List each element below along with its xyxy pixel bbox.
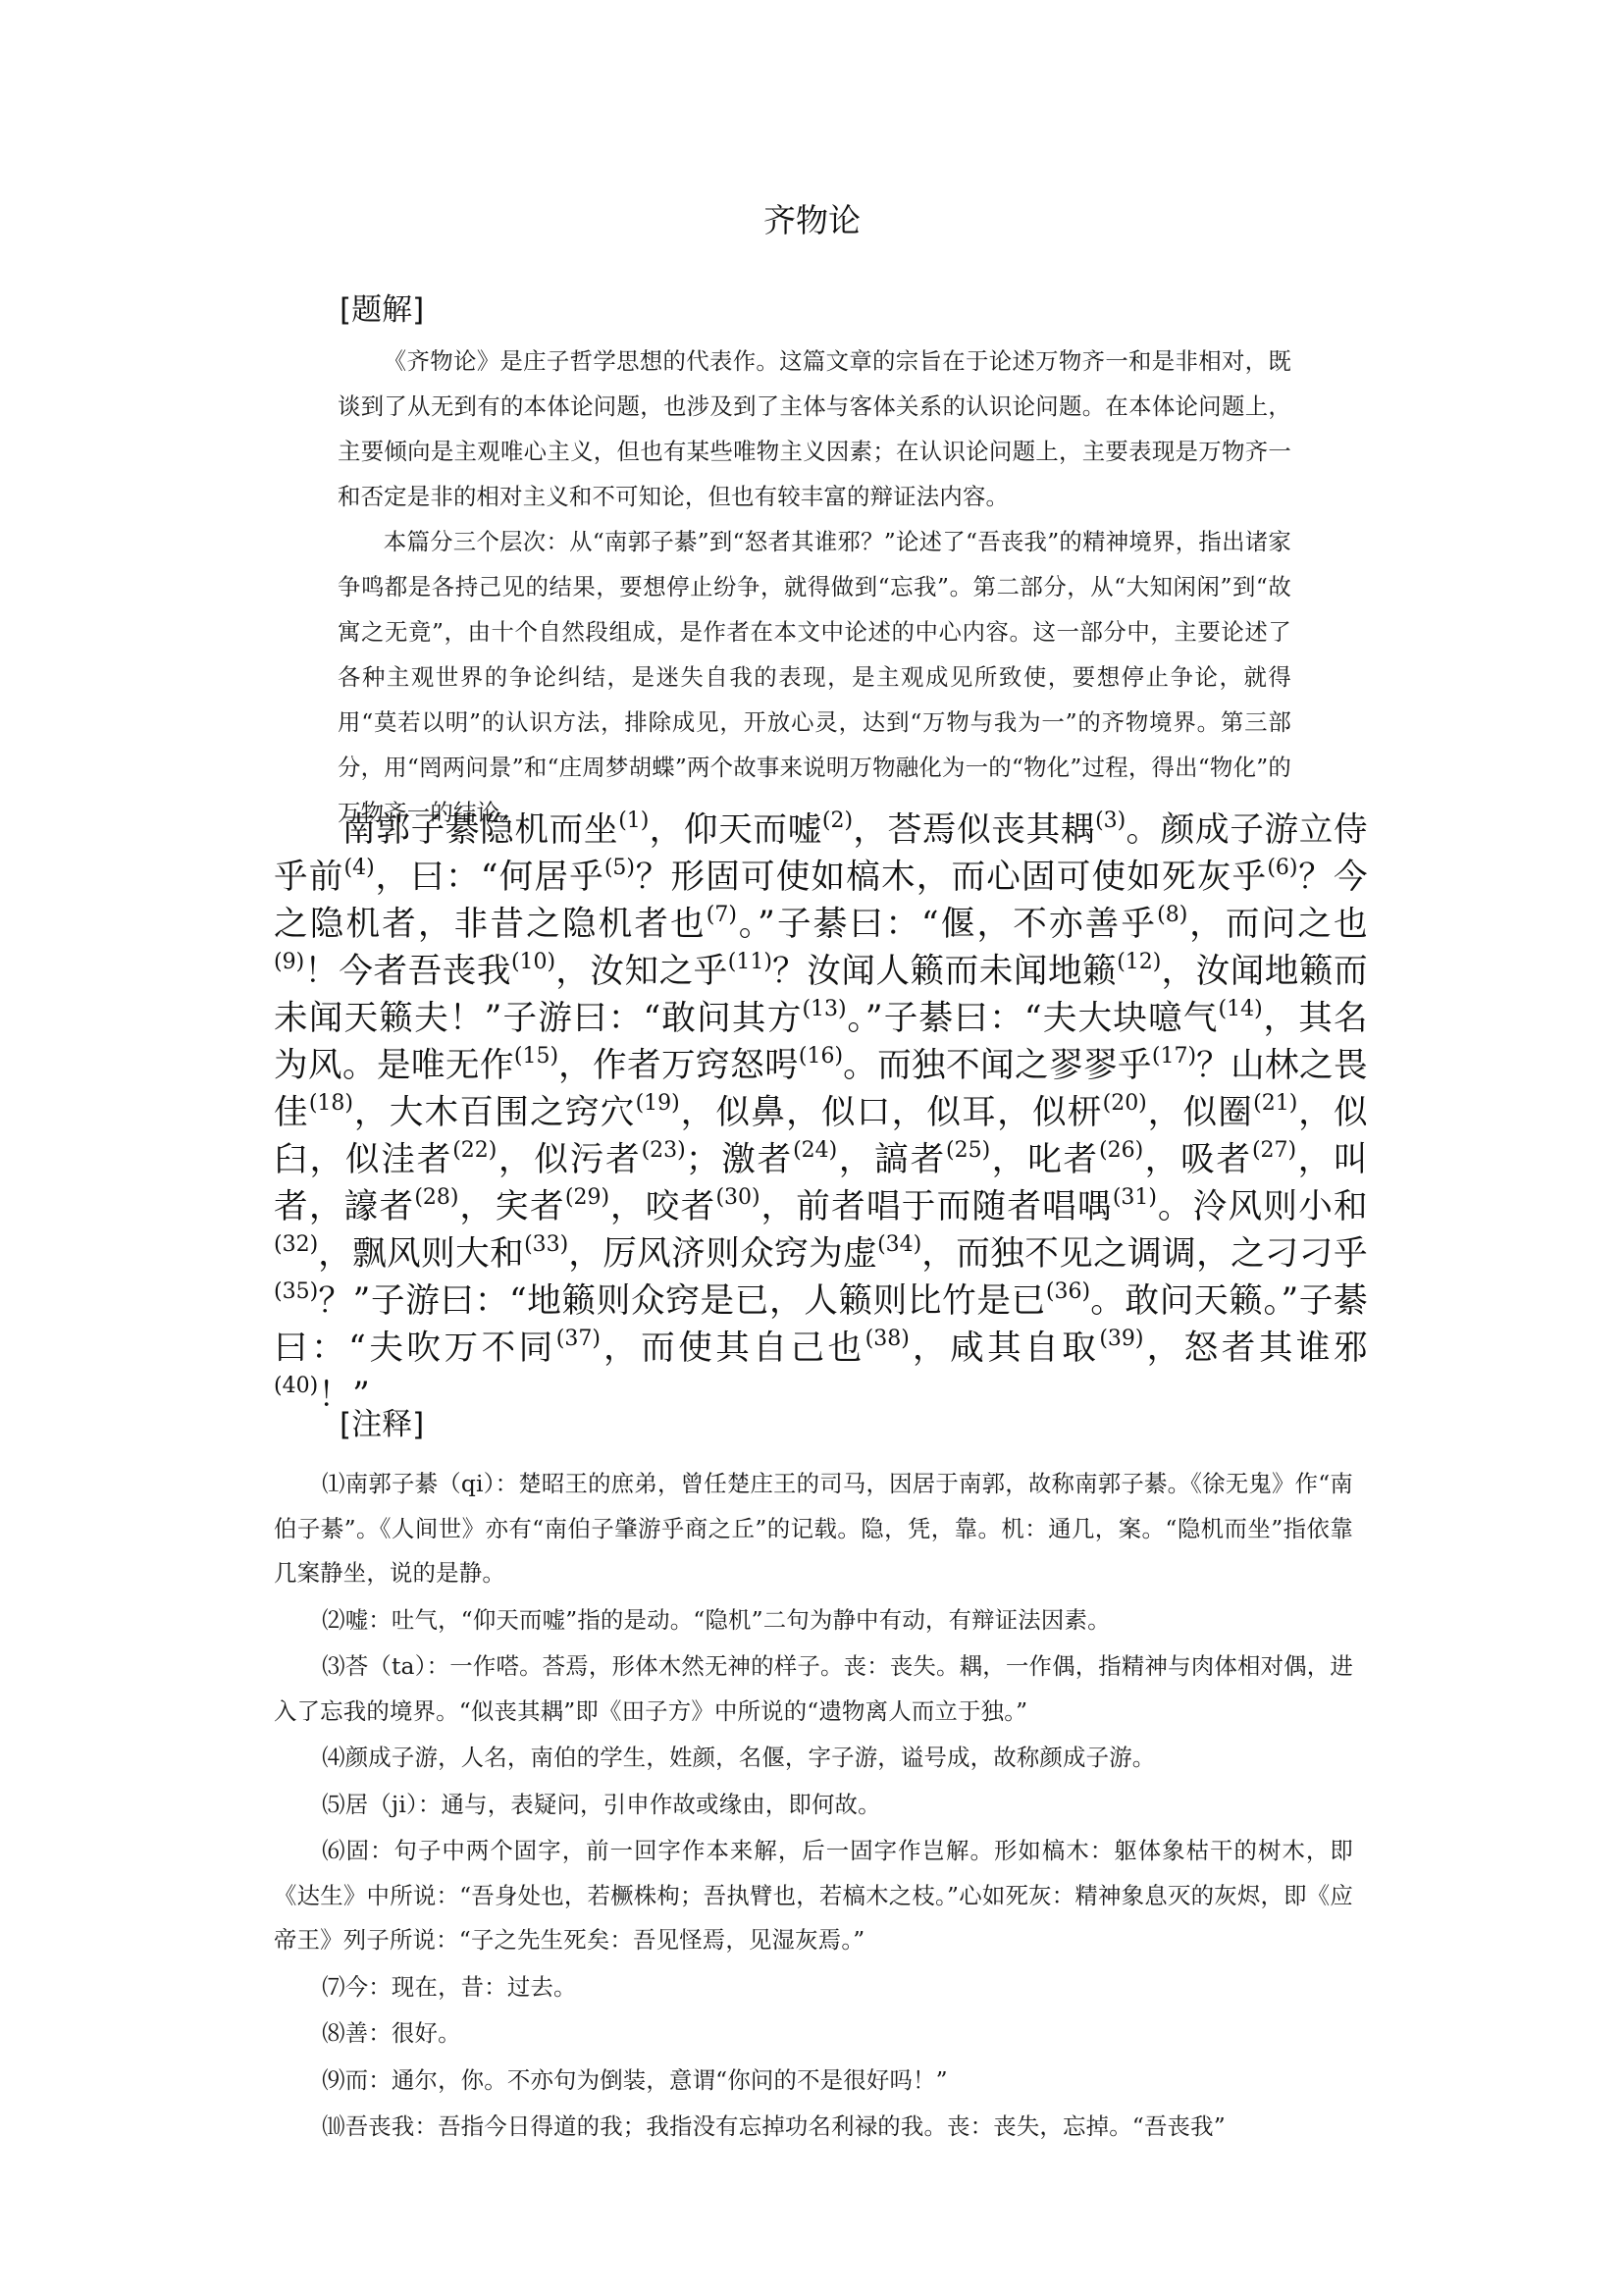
note-reference: (32)	[274, 1232, 318, 1257]
main-text-segment: ，而使其自己也	[601, 1329, 865, 1368]
note-reference: (16)	[799, 1044, 843, 1069]
note-reference: (24)	[793, 1138, 837, 1163]
note-reference: (22)	[452, 1138, 497, 1163]
note-reference: (29)	[565, 1185, 609, 1210]
main-text-segment: ，荅焉似丧其耦	[853, 810, 1095, 850]
note-item: ⑸居（ji）：通与，表疑问，引申作故或缘由，即何故。	[274, 1783, 1353, 1828]
note-reference: (2)	[822, 808, 853, 833]
note-reference: (21)	[1253, 1091, 1297, 1116]
main-text-segment: ，而独不见之调调，之刁刁乎	[921, 1234, 1368, 1274]
note-reference: (38)	[865, 1327, 910, 1351]
main-text-segment: ，仰天而嘘	[649, 810, 822, 850]
note-item: ⑼而：通尔，你。不亦句为倒装，意谓“你问的不是很好吗！”	[274, 2059, 1353, 2104]
main-text-segment: 。”子綦曰：“偃，不亦善乎	[737, 905, 1157, 944]
main-text-segment: ，叱者	[990, 1140, 1099, 1179]
note-reference: (4)	[344, 856, 375, 880]
note-reference: (17)	[1152, 1044, 1196, 1069]
intro-section: 《齐物论》是庄子哲学思想的代表作。这篇文章的宗旨在于论述万物齐一和是非相对，既谈…	[338, 339, 1291, 835]
note-item: ⑶荅（ta）：一作嗒。荅焉，形体木然无神的样子。丧：丧失。耦，一作偶，指精神与肉…	[274, 1644, 1353, 1734]
note-reference: (20)	[1103, 1091, 1147, 1116]
intro-paragraph: 《齐物论》是庄子哲学思想的代表作。这篇文章的宗旨在于论述万物齐一和是非相对，既谈…	[338, 339, 1291, 519]
note-reference: (1)	[618, 808, 649, 833]
note-reference: (31)	[1113, 1185, 1157, 1210]
note-reference: (39)	[1099, 1327, 1143, 1351]
note-reference: (13)	[802, 997, 846, 1021]
document-title: 齐物论	[0, 201, 1624, 240]
note-reference: (36)	[1046, 1279, 1090, 1304]
main-text-segment: ，前者唱于而随者唱喁	[760, 1187, 1113, 1226]
note-reference: (5)	[604, 856, 635, 880]
note-reference: (27)	[1252, 1138, 1296, 1163]
note-reference: (33)	[524, 1232, 568, 1257]
main-text-segment: 。而独不闻之翏翏乎	[843, 1046, 1152, 1085]
note-item: ⑴南郭子綦（qi）：楚昭王的庶弟，曾任楚庄王的司马，因居于南郭，故称南郭子綦。《…	[274, 1462, 1353, 1596]
note-reference: (8)	[1157, 903, 1187, 927]
main-text-segment: ，謞者	[837, 1140, 946, 1179]
main-text-segment: ，汝知之乎	[555, 952, 728, 991]
main-text: 南郭子綦隐机而坐(1)，仰天而嘘(2)，荅焉似丧其耦(3)。颜成子游立侍乎前(4…	[274, 807, 1368, 1419]
main-text-segment: ，厉风济则众窍为虚	[568, 1234, 877, 1274]
notes-list: ⑴南郭子綦（qi）：楚昭王的庶弟，曾任楚庄王的司马，因居于南郭，故称南郭子綦。《…	[274, 1462, 1353, 2152]
main-text-segment: ，似污者	[497, 1140, 641, 1179]
main-text-segment: 。泠风则小和	[1157, 1187, 1368, 1226]
note-reference: (10)	[511, 950, 555, 974]
note-reference: (40)	[274, 1374, 318, 1398]
main-text-segment: ？汝闻人籁而未闻地籁	[772, 952, 1117, 991]
main-text-segment: ，曰：“何居乎	[375, 858, 604, 897]
main-text-segment: ，大木百围之窍穴	[353, 1093, 636, 1132]
note-reference: (15)	[514, 1044, 558, 1069]
main-text-segment: ，似圈	[1147, 1093, 1253, 1132]
note-reference: (3)	[1095, 808, 1126, 833]
main-text-segment: ，而问之也	[1187, 905, 1368, 944]
intro-heading: [题解]	[340, 292, 424, 328]
main-text-segment: ，似鼻，似口，似耳，似枅	[680, 1093, 1103, 1132]
intro-paragraph: 本篇分三个层次：从“南郭子綦”到“怒者其谁邪？”论述了“吾丧我”的精神境界，指出…	[338, 519, 1291, 835]
main-text-segment: ，作者万窍怒呺	[558, 1046, 799, 1085]
note-item: ⑹固：句子中两个固字，前一回字作本来解，后一固字作岂解。形如槁木：躯体象枯干的树…	[274, 1829, 1353, 1963]
note-reference: (9)	[274, 950, 304, 974]
note-reference: (14)	[1219, 997, 1263, 1021]
note-reference: (23)	[642, 1138, 686, 1163]
note-reference: (11)	[728, 950, 772, 974]
note-item: ⑻善：很好。	[274, 2011, 1353, 2057]
note-reference: (26)	[1099, 1138, 1143, 1163]
note-item: ⑷颜成子游，人名，南伯的学生，姓颜，名偃，字子游，谥号成，故称颜成子游。	[274, 1736, 1353, 1781]
note-reference: (25)	[946, 1138, 990, 1163]
note-reference: (37)	[556, 1327, 601, 1351]
notes-heading: [注释]	[340, 1407, 424, 1442]
note-reference: (35)	[274, 1279, 318, 1304]
note-reference: (30)	[715, 1185, 760, 1210]
main-text-segment: ；激者	[686, 1140, 793, 1179]
main-text-segment: ，咸其自取	[910, 1329, 1100, 1368]
note-reference: (7)	[707, 903, 737, 927]
main-text-segment: ？形固可使如槁木，而心固可使如死灰乎	[635, 858, 1267, 897]
note-reference: (28)	[414, 1185, 458, 1210]
main-text-segment: ，飘风则大和	[318, 1234, 524, 1274]
document-page: 齐物论 [题解] 《齐物论》是庄子哲学思想的代表作。这篇文章的宗旨在于论述万物齐…	[0, 0, 1624, 2294]
note-item: ⑽吾丧我：吾指今日得道的我；我指没有忘掉功名利禄的我。丧：丧失，忘掉。“吾丧我”	[274, 2105, 1353, 2150]
note-reference: (18)	[309, 1091, 353, 1116]
note-reference: (6)	[1267, 856, 1297, 880]
main-text-segment: ！今者吾丧我	[304, 952, 511, 991]
note-item: ⑺今：现在，昔：过去。	[274, 1965, 1353, 2010]
main-text-segment: ，怒者其谁邪	[1144, 1329, 1369, 1368]
note-item: ⑵嘘：吐气，“仰天而嘘”指的是动。“隐机”二句为静中有动，有辩证法因素。	[274, 1598, 1353, 1643]
main-text-segment: 南郭子綦隐机而坐	[341, 810, 618, 850]
note-reference: (19)	[636, 1091, 680, 1116]
main-text-segment: ，宎者	[459, 1187, 565, 1226]
main-text-segment: ，咬者	[609, 1187, 715, 1226]
main-text-segment: ，吸者	[1143, 1140, 1252, 1179]
main-text-segment: 。”子綦曰：“夫大块噫气	[847, 999, 1219, 1038]
note-reference: (34)	[877, 1232, 921, 1257]
note-reference: (12)	[1117, 950, 1161, 974]
main-text-segment: ？”子游曰：“地籁则众窍是已，人籁则比竹是已	[318, 1281, 1046, 1321]
